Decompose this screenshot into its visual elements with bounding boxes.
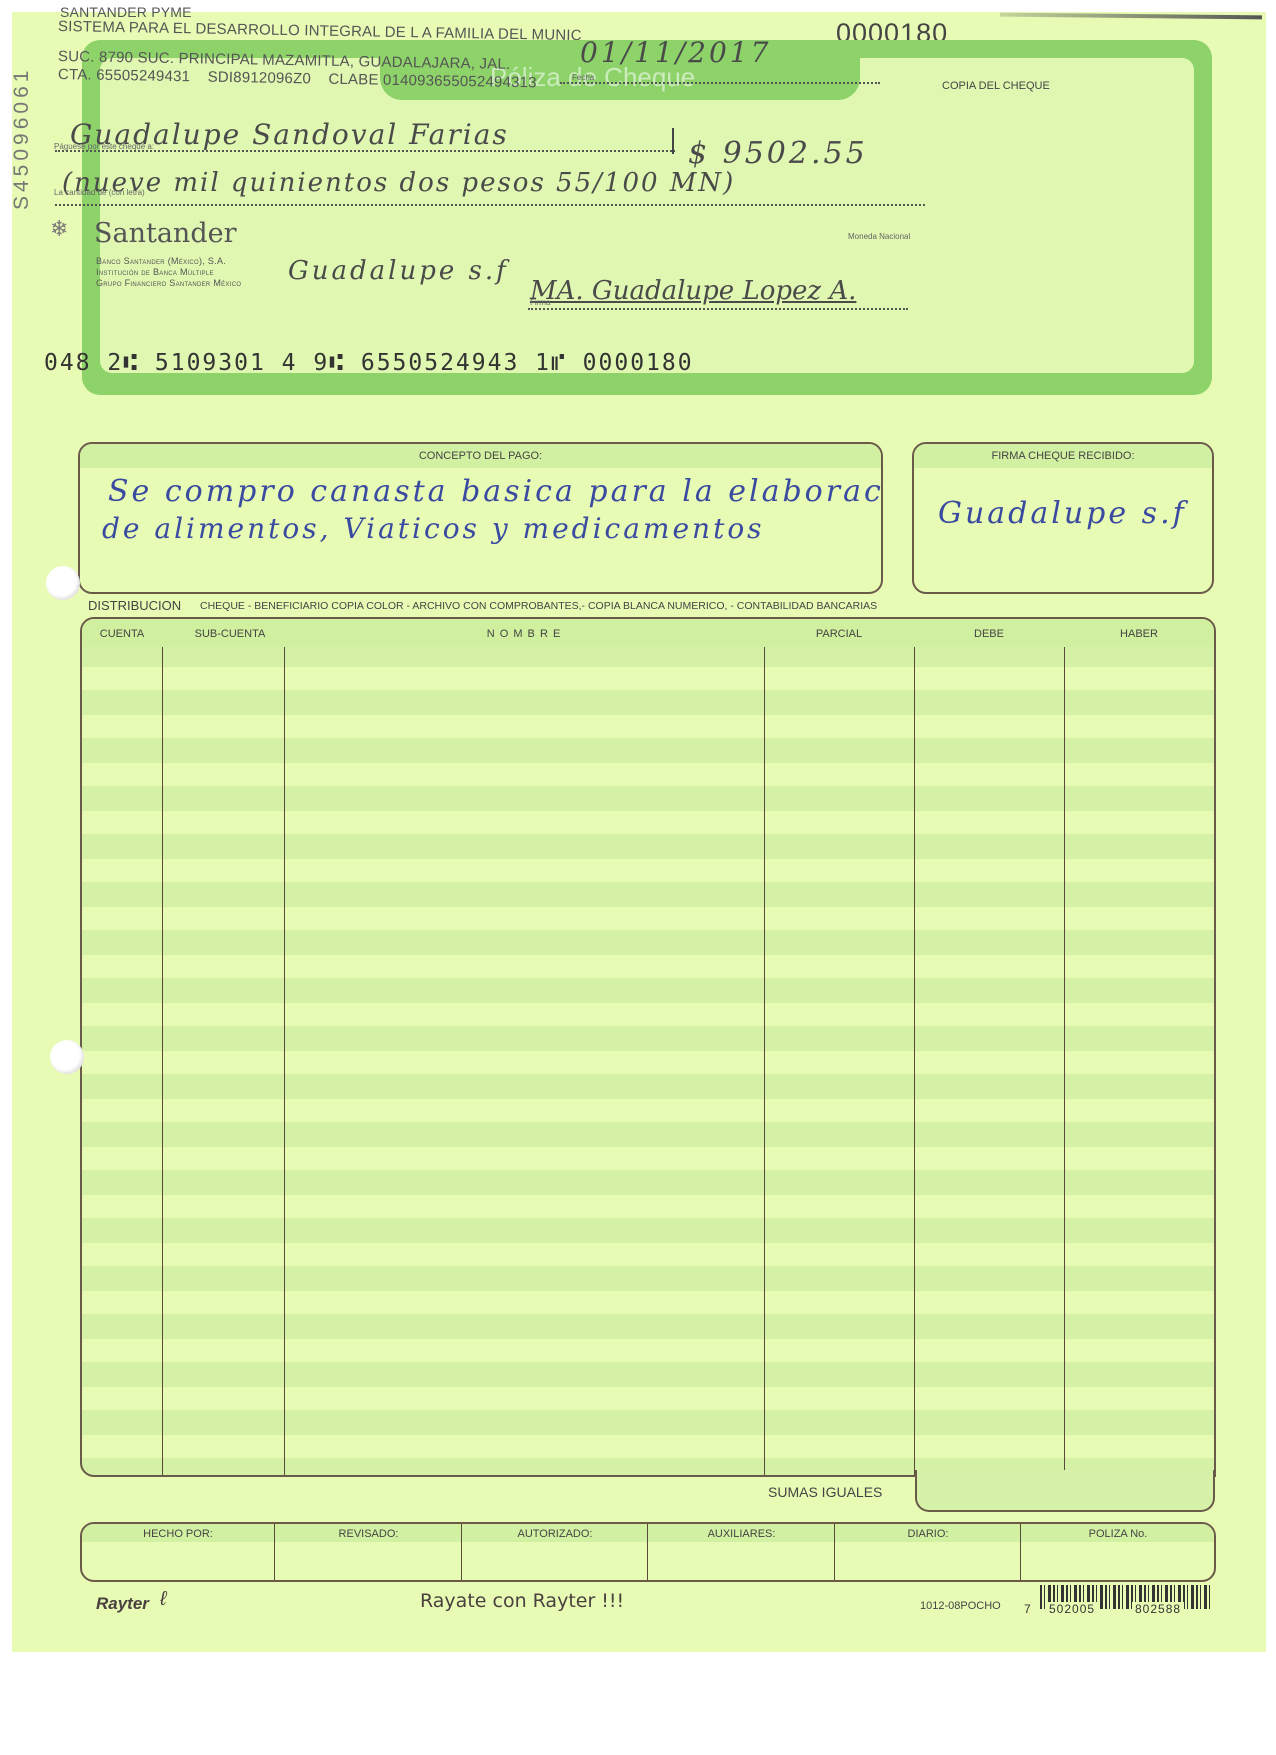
distribucion-label: DISTRIBUCION [88, 598, 181, 613]
bank-legal-line: Institución de Banca Múltiple [96, 267, 241, 278]
auxiliares-field[interactable]: AUXILIARES: [647, 1524, 835, 1580]
approval-signatures-box: HECHO POR: REVISADO: AUTORIZADO: AUXILIA… [80, 1522, 1216, 1582]
pen-icon: ℓ [160, 1588, 166, 1611]
account-rfc: SDI8912096Z0 [208, 69, 312, 88]
diario-field[interactable]: DIARIO: [834, 1524, 1021, 1580]
sumas-iguales-box [915, 1470, 1215, 1512]
payee-label: Páguese por este cheque a: [54, 142, 154, 151]
concepto-line-2: de alimentos, Viaticos y medicamentos [102, 512, 765, 545]
concepto-label: CONCEPTO DEL PAGO: [80, 444, 881, 468]
revisado-label: REVISADO: [275, 1528, 462, 1540]
micr-line: 048 2⑆ 5109301 4 9⑆ 6550524943 1⑈ 000018… [44, 350, 694, 376]
binder-hole [46, 566, 80, 600]
amount-words-label: La cantidad de (con letra) [54, 188, 145, 197]
side-serial: S45096061 [10, 67, 34, 210]
authorized-signature: MA. Guadalupe Lopez A. [530, 276, 856, 306]
amount-words-value: (nueve mil quinientos dos pesos 55/100 M… [62, 168, 735, 198]
poliza-no-field[interactable]: POLIZA No. [1020, 1524, 1215, 1580]
concepto-box: CONCEPTO DEL PAGO: Se compro canasta bas… [78, 442, 883, 594]
account-cta: CTA. 65505249431 [58, 66, 190, 85]
auxiliares-label: AUXILIARES: [648, 1528, 835, 1540]
rayter-logo: Rayter [96, 1594, 149, 1614]
autorizado-label: AUTORIZADO: [462, 1528, 648, 1540]
firma-recibido-value: Guadalupe s.f [938, 496, 1187, 531]
bank-legal-line: Grupo Financiero Santander México [96, 278, 241, 289]
barcode-digit-left: 7 [1022, 1602, 1033, 1616]
col-cuenta: CUENTA [82, 628, 162, 640]
date-label: Fecha [572, 73, 594, 82]
col-divider [284, 647, 285, 1475]
signature-label: Firma [530, 298, 550, 307]
hecho-por-field[interactable]: HECHO POR: [82, 1524, 274, 1580]
hecho-por-label: HECHO POR: [82, 1528, 274, 1540]
santander-flame-icon: ❄ [50, 216, 68, 242]
currency-label: Moneda Nacional [848, 232, 910, 241]
cheque-copy-inner [100, 58, 1194, 373]
signature-line [528, 308, 908, 310]
barcode-digits-mid: 502005 [1046, 1602, 1098, 1616]
col-divider [764, 647, 765, 1475]
binder-hole [50, 1040, 84, 1074]
amount-value: $ 9502.55 [688, 136, 868, 171]
form-code: 1012-08POCHO [920, 1600, 1001, 1612]
poliza-no-label: POLIZA No. [1021, 1528, 1215, 1540]
revisado-field[interactable]: REVISADO: [274, 1524, 462, 1580]
bank-legal: Banco Santander (México), S.A. Instituci… [96, 256, 241, 289]
col-sub-cuenta: SUB-CUENTA [162, 628, 298, 640]
copy-label: COPIA DEL CHEQUE [942, 80, 1050, 92]
date-value: 01/11/2017 [580, 36, 771, 69]
amount-divider [672, 128, 674, 154]
bank-legal-line: Banco Santander (México), S.A. [96, 256, 241, 267]
col-divider [162, 647, 163, 1475]
concepto-line-1: Se compro canasta basica para la elabora… [108, 474, 883, 509]
col-nombre: N O M B R E [284, 628, 764, 640]
diario-label: DIARIO: [835, 1528, 1021, 1540]
ledger-table: CUENTA SUB-CUENTA N O M B R E PARCIAL DE… [80, 617, 1216, 1477]
bank-name: Santander [94, 218, 237, 249]
account-clabe: CLABE 014093655052494313 [328, 71, 537, 92]
distribucion-note: CHEQUE - BENEFICIARIO COPIA COLOR - ARCH… [200, 600, 877, 612]
amount-words-line [55, 204, 925, 206]
slogan: Rayate con Rayter !!! [420, 1590, 624, 1612]
barcode-digits-right: 802588 [1132, 1602, 1184, 1616]
col-divider [914, 647, 915, 1475]
col-divider [1064, 647, 1065, 1475]
sumas-iguales-label: SUMAS IGUALES [768, 1484, 882, 1500]
date-line [560, 82, 880, 84]
received-signature-cheque: Guadalupe s.f [288, 256, 509, 286]
firma-recibido-box: FIRMA CHEQUE RECIBIDO: Guadalupe s.f [912, 442, 1214, 594]
col-parcial: PARCIAL [764, 628, 914, 640]
col-haber: HABER [1064, 628, 1214, 640]
autorizado-field[interactable]: AUTORIZADO: [461, 1524, 648, 1580]
firma-recibido-label: FIRMA CHEQUE RECIBIDO: [914, 444, 1212, 468]
col-debe: DEBE [914, 628, 1064, 640]
